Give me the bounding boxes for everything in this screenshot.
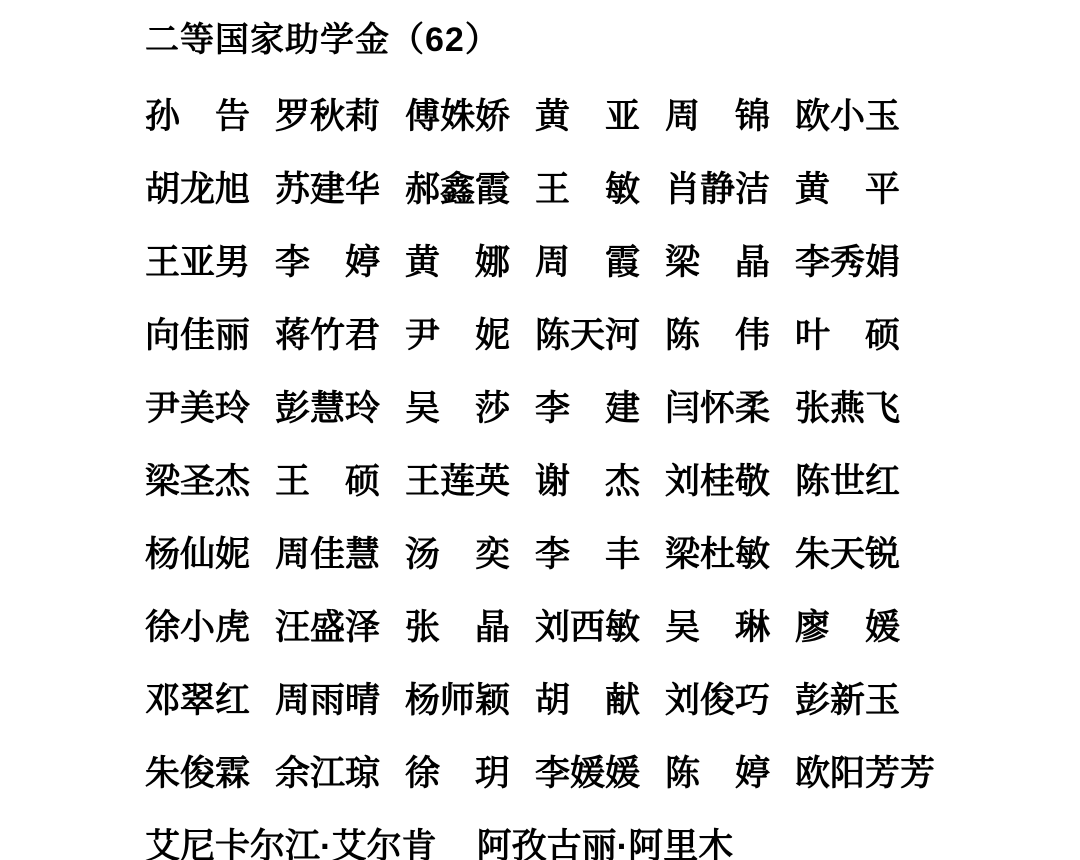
name-item: 闫怀柔 bbox=[665, 391, 773, 427]
name-item: 杨师颖 bbox=[405, 683, 513, 719]
name-row: 梁圣杰王 硕王莲英谢 杰刘桂敬陈世红 bbox=[145, 464, 1080, 500]
name-item: 刘西敏 bbox=[535, 610, 643, 646]
name-item: 张 晶 bbox=[405, 610, 513, 646]
name-row: 朱俊霖余江琼徐 玥李媛媛陈 婷欧阳芳芳 bbox=[145, 756, 1080, 792]
name-item: 苏建华 bbox=[275, 172, 383, 208]
name-item: 向佳丽 bbox=[145, 318, 253, 354]
name-item: 梁 晶 bbox=[665, 245, 773, 281]
name-item: 徐小虎 bbox=[145, 610, 253, 646]
name-item: 尹 妮 bbox=[405, 318, 513, 354]
name-item: 廖 媛 bbox=[795, 610, 903, 646]
name-item: 陈天河 bbox=[535, 318, 643, 354]
name-item: 胡 献 bbox=[535, 683, 643, 719]
name-item: 李 丰 bbox=[535, 537, 643, 573]
name-item: 彭慧玲 bbox=[275, 391, 383, 427]
name-item: 叶 硕 bbox=[795, 318, 903, 354]
name-row: 尹美玲彭慧玲吴 莎李 建闫怀柔张燕飞 bbox=[145, 391, 1080, 427]
name-item: 汪盛泽 bbox=[275, 610, 383, 646]
name-item: 梁圣杰 bbox=[145, 464, 253, 500]
name-item: 李 婷 bbox=[275, 245, 383, 281]
name-item: 胡龙旭 bbox=[145, 172, 253, 208]
name-item: 杨仙妮 bbox=[145, 537, 253, 573]
name-row: 孙 告罗秋莉傅姝娇黄 亚周 锦欧小玉 bbox=[145, 99, 1080, 135]
name-row: 艾尼卡尔江·艾尔肯阿孜古丽·阿里木 bbox=[145, 829, 1080, 860]
name-item: 邓翠红 bbox=[145, 683, 253, 719]
name-item: 王 敏 bbox=[535, 172, 643, 208]
name-item: 刘桂敬 bbox=[665, 464, 773, 500]
name-item: 李媛媛 bbox=[535, 756, 643, 792]
name-item: 刘俊巧 bbox=[665, 683, 773, 719]
name-item: 李秀娟 bbox=[795, 245, 903, 281]
name-item: 欧小玉 bbox=[795, 99, 903, 135]
name-item: 黄 娜 bbox=[405, 245, 513, 281]
name-item: 孙 告 bbox=[145, 99, 253, 135]
name-row: 胡龙旭苏建华郝鑫霞王 敏肖静洁黄 平 bbox=[145, 172, 1080, 208]
name-row: 杨仙妮周佳慧汤 奕李 丰梁杜敏朱天锐 bbox=[145, 537, 1080, 573]
page-title: 二等国家助学金（62） bbox=[145, 12, 1080, 61]
name-row: 向佳丽蒋竹君尹 妮陈天河陈 伟叶 硕 bbox=[145, 318, 1080, 354]
name-item: 周 锦 bbox=[665, 99, 773, 135]
name-item: 汤 奕 bbox=[405, 537, 513, 573]
name-item: 吴 莎 bbox=[405, 391, 513, 427]
name-item: 陈 伟 bbox=[665, 318, 773, 354]
document-page: 二等国家助学金（62） 孙 告罗秋莉傅姝娇黄 亚周 锦欧小玉胡龙旭苏建华郝鑫霞王… bbox=[0, 0, 1080, 860]
name-item: 蒋竹君 bbox=[275, 318, 383, 354]
name-item: 郝鑫霞 bbox=[405, 172, 513, 208]
name-item: 张燕飞 bbox=[795, 391, 903, 427]
name-row: 邓翠红周雨晴杨师颖胡 献刘俊巧彭新玉 bbox=[145, 683, 1080, 719]
names-grid: 孙 告罗秋莉傅姝娇黄 亚周 锦欧小玉胡龙旭苏建华郝鑫霞王 敏肖静洁黄 平王亚男李… bbox=[145, 99, 1080, 860]
name-item: 谢 杰 bbox=[535, 464, 643, 500]
name-item: 傅姝娇 bbox=[405, 99, 513, 135]
name-item: 徐 玥 bbox=[405, 756, 513, 792]
name-item: 吴 琳 bbox=[665, 610, 773, 646]
name-item: 黄 平 bbox=[795, 172, 903, 208]
name-item: 朱天锐 bbox=[795, 537, 903, 573]
name-item: 欧阳芳芳 bbox=[795, 756, 935, 792]
name-item: 王亚男 bbox=[145, 245, 253, 281]
name-item: 朱俊霖 bbox=[145, 756, 253, 792]
name-item: 罗秋莉 bbox=[275, 99, 383, 135]
name-item: 王莲英 bbox=[405, 464, 513, 500]
name-item: 余江琼 bbox=[275, 756, 383, 792]
name-item: 阿孜古丽·阿里木 bbox=[477, 829, 734, 860]
name-item: 肖静洁 bbox=[665, 172, 773, 208]
name-item: 梁杜敏 bbox=[665, 537, 773, 573]
name-item: 周雨晴 bbox=[275, 683, 383, 719]
name-item: 王 硕 bbox=[275, 464, 383, 500]
name-item: 黄 亚 bbox=[535, 99, 643, 135]
name-row: 徐小虎汪盛泽张 晶刘西敏吴 琳廖 媛 bbox=[145, 610, 1080, 646]
name-item: 陈世红 bbox=[795, 464, 903, 500]
name-item: 艾尼卡尔江·艾尔肯 bbox=[145, 829, 437, 860]
name-item: 尹美玲 bbox=[145, 391, 253, 427]
name-item: 彭新玉 bbox=[795, 683, 903, 719]
name-item: 李 建 bbox=[535, 391, 643, 427]
name-item: 陈 婷 bbox=[665, 756, 773, 792]
name-item: 周 霞 bbox=[535, 245, 643, 281]
name-item: 周佳慧 bbox=[275, 537, 383, 573]
name-row: 王亚男李 婷黄 娜周 霞梁 晶李秀娟 bbox=[145, 245, 1080, 281]
